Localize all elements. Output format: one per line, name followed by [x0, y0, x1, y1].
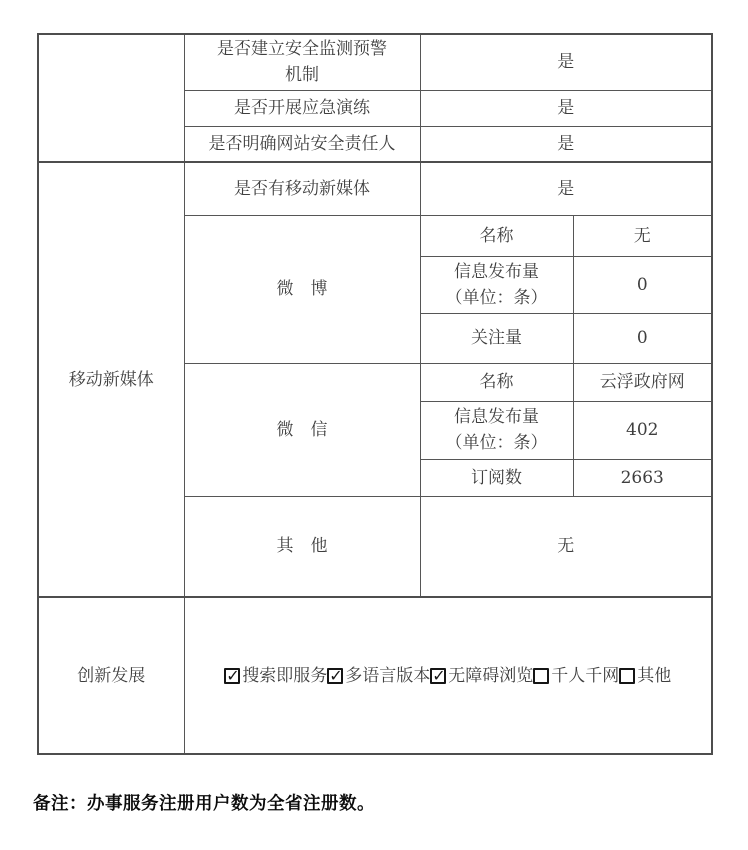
category-cell-mobile-media: 移动新媒体 [38, 162, 184, 597]
weibo-value-cell: 无 [573, 215, 712, 256]
weibo-value-cell: 0 [573, 313, 712, 363]
mobile-media-question-cell: 是否有移动新媒体 [184, 162, 420, 215]
checkbox-label: 搜索即服务 [242, 663, 327, 689]
security-answer-cell: 是 [420, 126, 712, 162]
wechat-value-cell: 云浮政府网 [573, 363, 712, 401]
wechat-label-cell: 微 信 [184, 363, 420, 496]
checkbox-icon [430, 668, 446, 684]
footer-note: 备注：办事服务注册用户数为全省注册数。 [33, 790, 375, 815]
category-cell-empty [38, 34, 184, 162]
security-question-cell: 是否建立安全监测预警 机制 [184, 34, 420, 90]
security-question-cell: 是否开展应急演练 [184, 90, 420, 126]
security-question-cell: 是否明确网站安全责任人 [184, 126, 420, 162]
wechat-value-cell: 402 [573, 401, 712, 459]
checkbox-icon [224, 668, 240, 684]
checkbox-label: 多语言版本 [345, 663, 430, 689]
wechat-field-cell: 信息发布量 （单位：条） [420, 401, 573, 459]
weibo-field-cell: 名称 [420, 215, 573, 256]
mobile-media-answer-cell: 是 [420, 162, 712, 215]
checkbox-option: 其他 [619, 663, 671, 689]
other-media-value-cell: 无 [420, 496, 712, 597]
other-media-label-cell: 其 他 [184, 496, 420, 597]
innovation-options: 搜索即服务 多语言版本 无障碍浏览 千人千网 [189, 663, 708, 689]
security-answer-cell: 是 [420, 34, 712, 90]
category-cell-innovation: 创新发展 [38, 597, 184, 754]
checkbox-label: 无障碍浏览 [448, 663, 533, 689]
weibo-value-cell: 0 [573, 256, 712, 313]
wechat-field-cell: 名称 [420, 363, 573, 401]
annual-report-table: 是否建立安全监测预警 机制 是 是否开展应急演练 是 是否明确网站安全责任人 是… [37, 33, 713, 755]
table-row: 创新发展 搜索即服务 多语言版本 无障碍浏览 [38, 597, 712, 754]
report-page: 是否建立安全监测预警 机制 是 是否开展应急演练 是 是否明确网站安全责任人 是… [0, 0, 748, 850]
checkbox-icon [533, 668, 549, 684]
wechat-value-cell: 2663 [573, 459, 712, 496]
checkbox-icon [619, 668, 635, 684]
checkbox-option: 千人千网 [533, 663, 619, 689]
innovation-options-cell: 搜索即服务 多语言版本 无障碍浏览 千人千网 [184, 597, 712, 754]
checkbox-icon [327, 668, 343, 684]
weibo-field-cell: 信息发布量 （单位：条） [420, 256, 573, 313]
table-row: 是否建立安全监测预警 机制 是 [38, 34, 712, 90]
checkbox-label: 千人千网 [551, 663, 619, 689]
weibo-label-cell: 微 博 [184, 215, 420, 363]
checkbox-option: 无障碍浏览 [430, 663, 533, 689]
checkbox-option: 多语言版本 [327, 663, 430, 689]
weibo-field-cell: 关注量 [420, 313, 573, 363]
checkbox-option: 搜索即服务 [224, 663, 327, 689]
security-answer-cell: 是 [420, 90, 712, 126]
checkbox-label: 其他 [637, 663, 671, 689]
wechat-field-cell: 订阅数 [420, 459, 573, 496]
table-row: 移动新媒体 是否有移动新媒体 是 [38, 162, 712, 215]
